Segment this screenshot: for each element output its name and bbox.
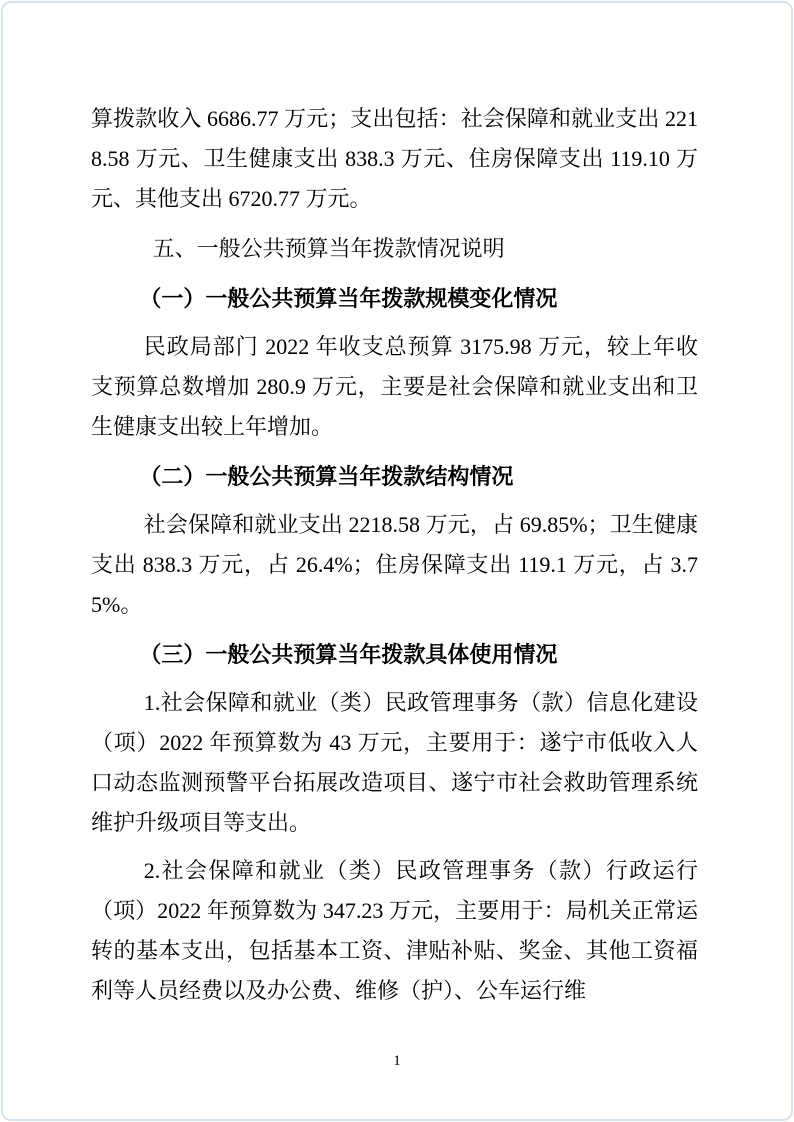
page-number: 1 bbox=[393, 1053, 401, 1069]
paragraph-budget-income-expenditure: 算拨款收入 6686.77 万元；支出包括：社会保障和就业支出 2218.58 … bbox=[91, 99, 698, 219]
paragraph-structure: 社会保障和就业支出 2218.58 万元，占 69.85%；卫生健康支出 838… bbox=[91, 505, 698, 625]
paragraph-item-2: 2.社会保障和就业（类）民政管理事务（款）行政运行（项）2022 年预算数为 3… bbox=[91, 851, 698, 1011]
subsection-1-title: （一）一般公共预算当年拨款规模变化情况 bbox=[91, 279, 698, 319]
document-page: 算拨款收入 6686.77 万元；支出包括：社会保障和就业支出 2218.58 … bbox=[0, 0, 794, 1122]
paragraph-item-1: 1.社会保障和就业（类）民政管理事务（款）信息化建设（项）2022 年预算数为 … bbox=[91, 683, 698, 843]
page-footer: 1 bbox=[0, 1052, 794, 1070]
subsection-3-title: （三）一般公共预算当年拨款具体使用情况 bbox=[91, 635, 698, 675]
section-5-title: 五、一般公共预算当年拨款情况说明 bbox=[91, 229, 698, 269]
subsection-2-title: （二）一般公共预算当年拨款结构情况 bbox=[91, 457, 698, 497]
document-body: 算拨款收入 6686.77 万元；支出包括：社会保障和就业支出 2218.58 … bbox=[91, 99, 698, 1019]
paragraph-scale-change: 民政局部门 2022 年收支总预算 3175.98 万元，较上年收支预算总数增加… bbox=[91, 327, 698, 447]
